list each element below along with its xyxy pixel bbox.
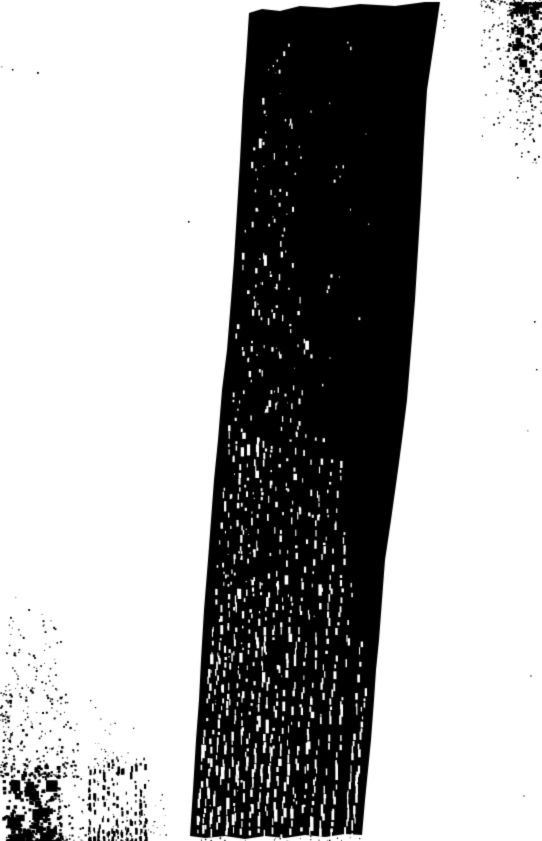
scan-photo-canvas [0,0,542,841]
scanned-photo-page [0,0,542,841]
